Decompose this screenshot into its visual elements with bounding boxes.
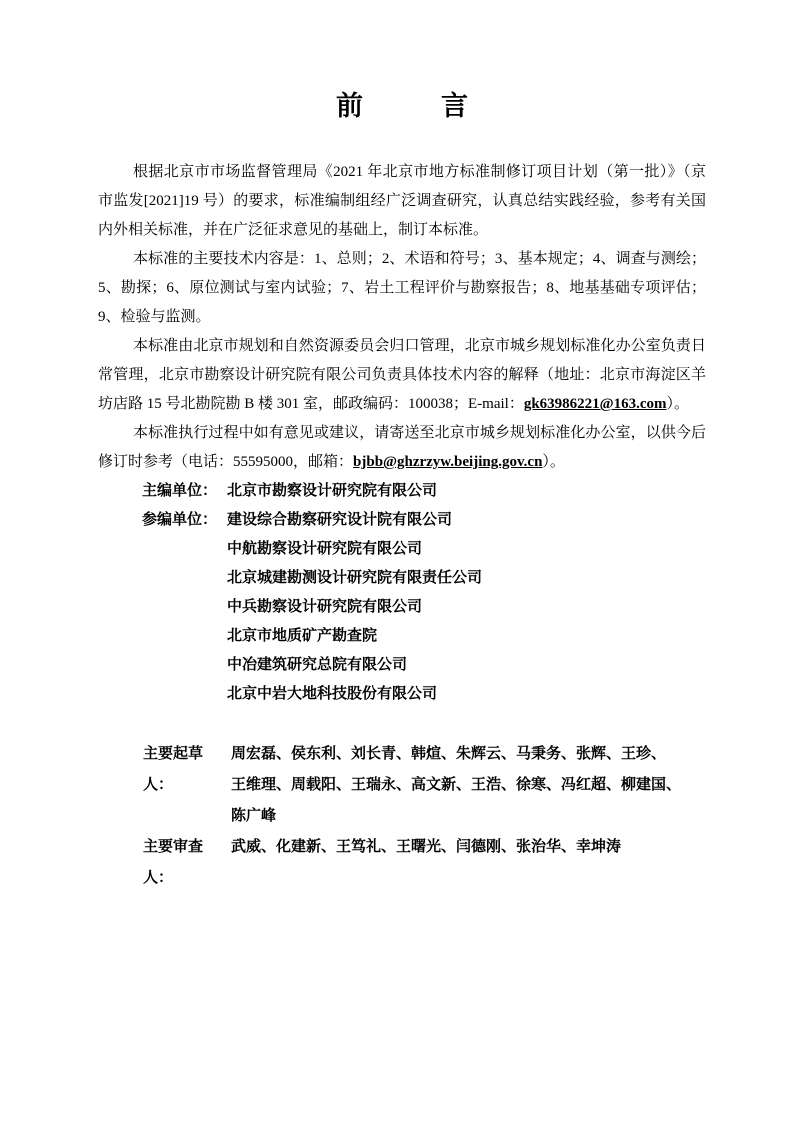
co-editor-row: 中兵勘察设计研究院有限公司: [98, 593, 706, 622]
page-title: 前言: [98, 88, 706, 124]
co-editor-org: 北京中岩大地科技股份有限公司: [227, 680, 706, 709]
co-editor-label-spacer: [142, 535, 227, 564]
co-editor-label-spacer: [142, 680, 227, 709]
co-editor-row: 北京市地质矿产勘查院: [98, 622, 706, 651]
drafters-names-line: 王维理、周载阳、王瑞永、高文新、王浩、徐寒、冯红超、柳建国、: [231, 770, 706, 801]
paragraph-management-closing: ）。: [667, 396, 690, 412]
drafters-names-line: 周宏磊、侯东利、刘长青、韩煊、朱辉云、马秉务、张辉、王珍、: [231, 739, 706, 770]
co-editor-row: 北京城建勘测设计研究院有限责任公司: [98, 564, 706, 593]
drafters-names: 周宏磊、侯东利、刘长青、韩煊、朱辉云、马秉务、张辉、王珍、 王维理、周载阳、王瑞…: [231, 739, 706, 832]
co-editor-label: 参编单位：: [142, 506, 227, 535]
reviewers-names: 武威、化建新、王笃礼、王曙光、闫德刚、张治华、幸坤涛: [231, 832, 706, 894]
reviewers-label: 主要审查人：: [143, 832, 231, 894]
co-editor-org: 北京城建勘测设计研究院有限责任公司: [227, 564, 706, 593]
reviewers-row: 主要审查人： 武威、化建新、王笃礼、王曙光、闫德刚、张治华、幸坤涛: [143, 832, 706, 894]
co-editor-org: 中兵勘察设计研究院有限公司: [227, 593, 706, 622]
paragraph-basis: 根据北京市市场监督管理局《2021 年北京市地方标准制修订项目计划（第一批）》（…: [98, 158, 706, 245]
paragraph-technical-contents: 本标准的主要技术内容是：1、总则；2、术语和符号；3、基本规定；4、调查与测绘；…: [98, 245, 706, 332]
co-editor-label-spacer: [142, 564, 227, 593]
paragraph-feedback: 本标准执行过程中如有意见或建议，请寄送至北京市城乡规划标准化办公室，以供今后修订…: [98, 419, 706, 477]
co-editor-label-spacer: [142, 622, 227, 651]
document-page: 前言 根据北京市市场监督管理局《2021 年北京市地方标准制修订项目计划（第一批…: [0, 0, 800, 1133]
document-content: 前言 根据北京市市场监督管理局《2021 年北京市地方标准制修订项目计划（第一批…: [98, 88, 706, 894]
interpretation-email-link[interactable]: gk63986221@163.com: [524, 396, 667, 412]
drafters-row: 主要起草人： 周宏磊、侯东利、刘长青、韩煊、朱辉云、马秉务、张辉、王珍、 王维理…: [143, 739, 706, 832]
co-editor-row: 北京中岩大地科技股份有限公司: [98, 680, 706, 709]
paragraph-feedback-closing: ）。: [542, 454, 565, 470]
drafters-label: 主要起草人：: [143, 739, 231, 832]
co-editor-label-spacer: [142, 651, 227, 680]
drafters-names-line: 陈广峰: [231, 801, 706, 832]
co-editor-org: 中冶建筑研究总院有限公司: [227, 651, 706, 680]
co-editor-label-spacer: [142, 593, 227, 622]
co-editor-row: 中冶建筑研究总院有限公司: [98, 651, 706, 680]
co-editor-row: 中航勘察设计研究院有限公司: [98, 535, 706, 564]
co-editor-org: 建设综合勘察研究设计院有限公司: [227, 506, 706, 535]
paragraph-management: 本标准由北京市规划和自然资源委员会归口管理，北京市城乡规划标准化办公室负责日常管…: [98, 332, 706, 419]
co-editor-row: 参编单位： 建设综合勘察研究设计院有限公司: [98, 506, 706, 535]
feedback-email-link[interactable]: bjbb@ghzrzyw.beijing.gov.cn: [353, 454, 542, 470]
chief-editor-row: 主编单位： 北京市勘察设计研究院有限公司: [98, 477, 706, 506]
co-editor-org: 中航勘察设计研究院有限公司: [227, 535, 706, 564]
chief-editor-label: 主编单位：: [142, 477, 227, 506]
chief-editor-org: 北京市勘察设计研究院有限公司: [227, 477, 706, 506]
co-editor-org: 北京市地质矿产勘查院: [227, 622, 706, 651]
